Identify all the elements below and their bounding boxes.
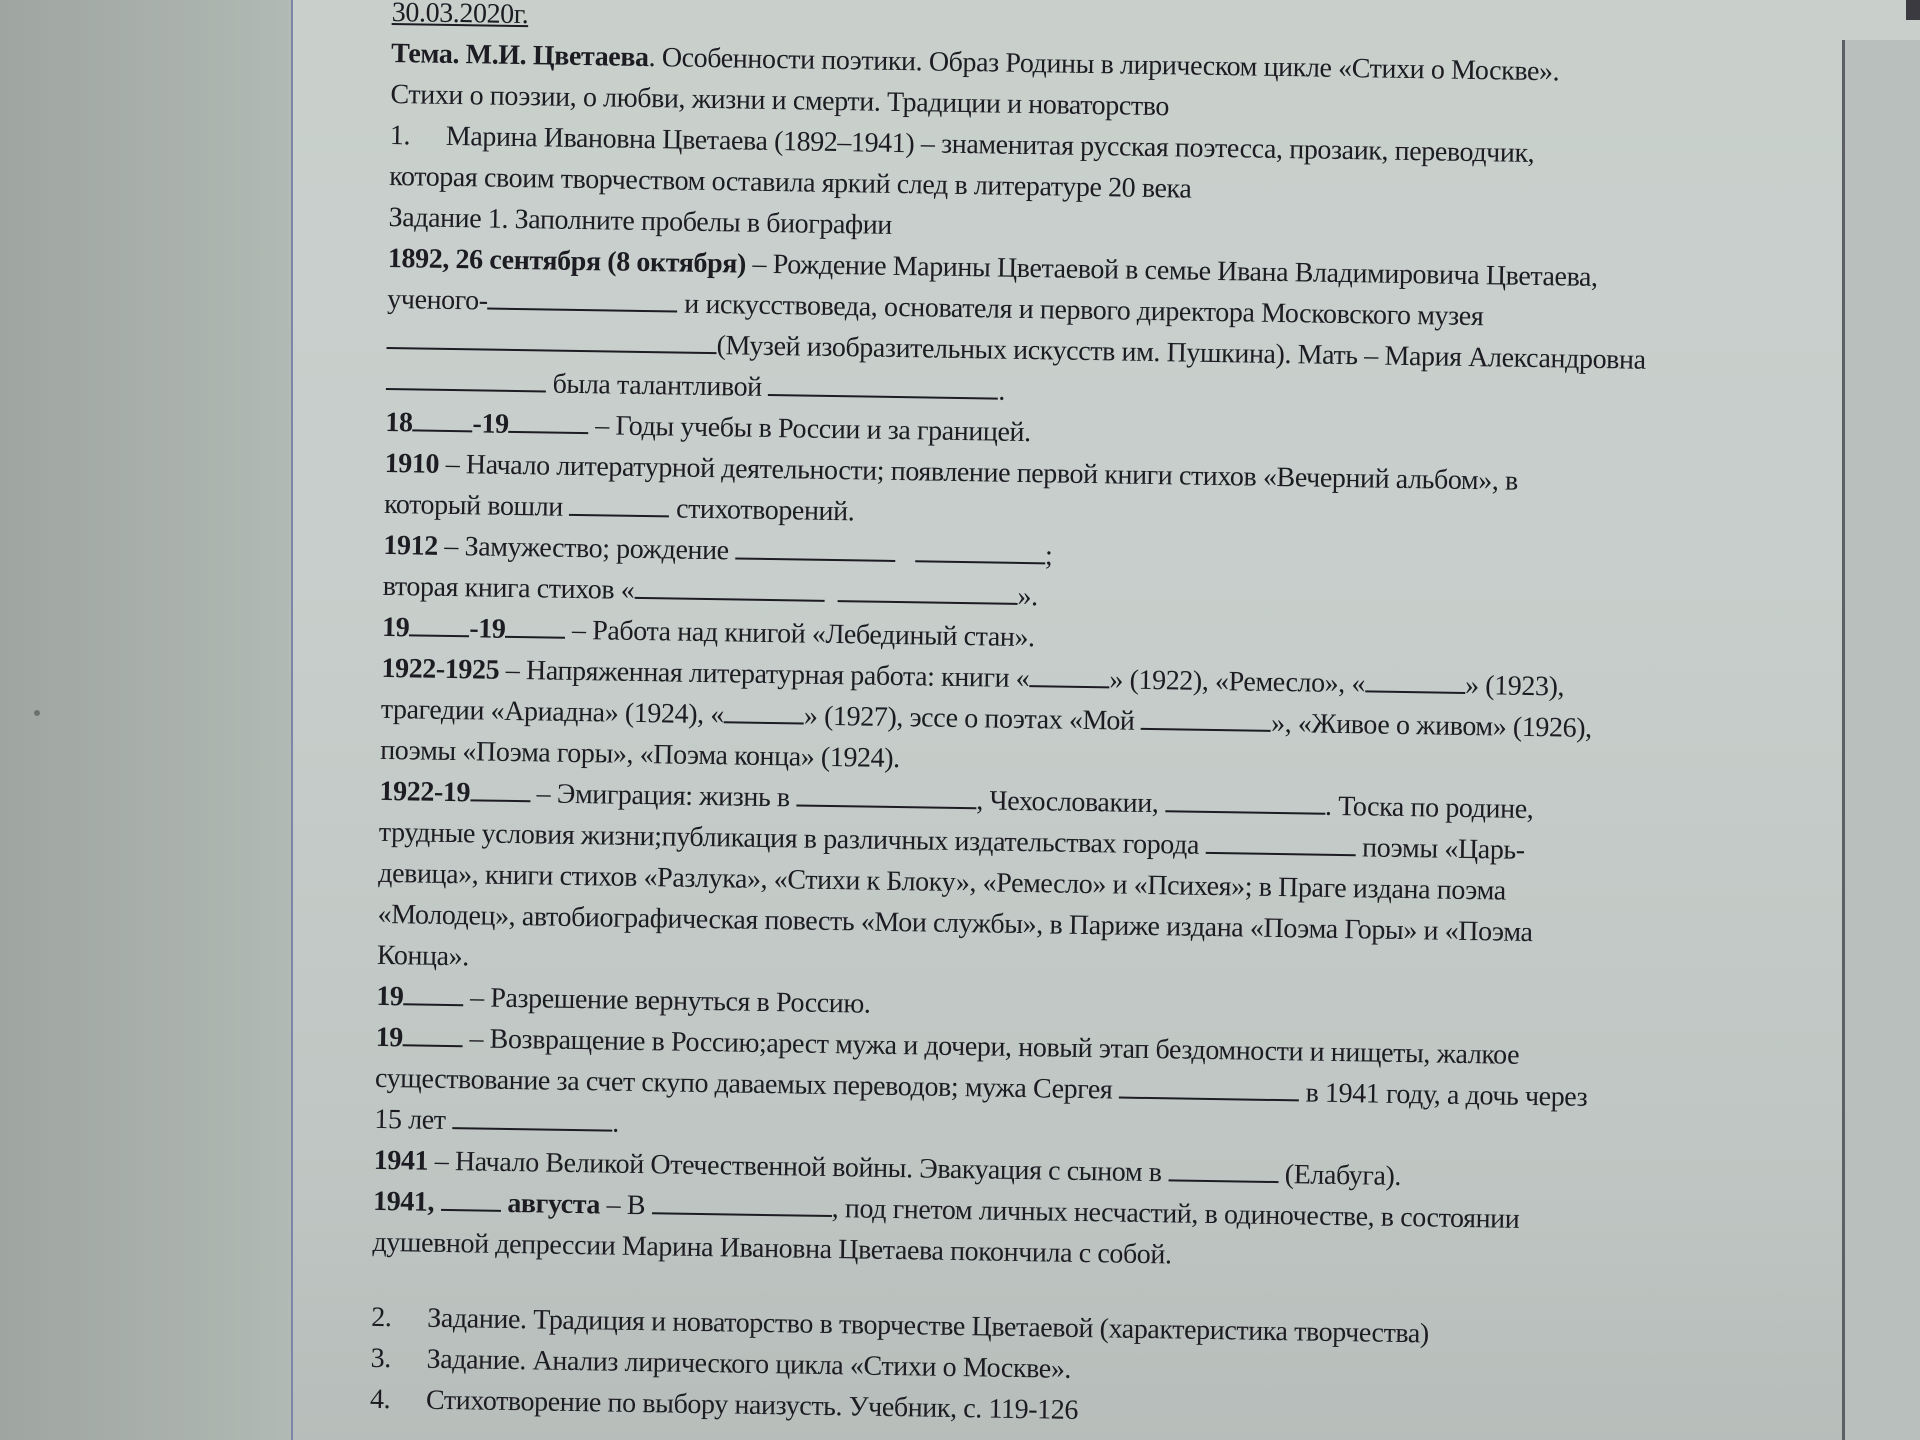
bio-text: » (1923), (1465, 670, 1565, 703)
bio-text: . (998, 376, 1005, 407)
bio-text: поэмы «Царь- (1355, 832, 1525, 866)
bio-date: августа (507, 1188, 600, 1220)
bio-date: 1922-19 (379, 776, 470, 808)
fill-blank[interactable] (1168, 1157, 1278, 1183)
bio-text: ; (1045, 540, 1053, 571)
fill-blank[interactable] (1205, 830, 1355, 856)
bio-text: , Чехословакии, (976, 785, 1165, 819)
bio-text: который вошли (384, 489, 570, 523)
fill-blank[interactable] (735, 535, 895, 562)
bio-text: » (1927), эссе о поэтах «Мой (804, 701, 1142, 737)
fill-blank[interactable] (509, 409, 589, 434)
fill-blank[interactable] (409, 612, 469, 637)
fill-blank[interactable] (634, 575, 824, 602)
fill-blank[interactable] (724, 699, 804, 724)
bio-text: была талантливой (546, 368, 769, 402)
bio-text: в 1941 году, а дочь через (1299, 1077, 1588, 1113)
bio-date: 1922-1925 (381, 653, 499, 686)
fill-blank[interactable] (796, 782, 976, 809)
bio-text: ученого- (387, 284, 488, 317)
fill-blank[interactable] (1365, 668, 1465, 694)
bio-text: – Начало Великой Отечественной войны. Эв… (428, 1146, 1169, 1189)
bio-text: существование за счет скупо даваемых пер… (375, 1063, 1119, 1106)
topic-author: М.И. Цветаева (465, 39, 648, 73)
fill-blank[interactable] (837, 578, 1017, 605)
fill-blank[interactable] (403, 1022, 463, 1047)
window-corner (1906, 0, 1920, 20)
list-number: 1. (390, 115, 447, 157)
fill-blank[interactable] (1165, 788, 1325, 815)
list-number: 4. (370, 1379, 427, 1421)
fill-blank[interactable] (915, 538, 1045, 564)
bio-date: 19 (376, 981, 404, 1012)
fill-blank[interactable] (652, 1190, 832, 1217)
fill-blank[interactable] (441, 1187, 501, 1212)
fill-blank[interactable] (412, 407, 472, 432)
bio-text: (Елабуга). (1278, 1159, 1401, 1192)
fill-blank[interactable] (386, 366, 546, 393)
bio-date: -19 (469, 613, 506, 645)
bio-text: . Тоска по родине, (1325, 791, 1534, 825)
bio-date: 1941, (373, 1186, 434, 1218)
fill-blank[interactable] (505, 614, 565, 639)
fill-blank[interactable] (452, 1105, 612, 1132)
fill-blank[interactable] (1141, 706, 1271, 732)
bio-date: 1910 (384, 448, 439, 480)
fill-blank[interactable] (768, 372, 998, 400)
topic-label: Тема. (391, 38, 459, 70)
bio-text: », «Живое о живом» (1926), (1271, 708, 1592, 744)
bio-text: » (1922), «Ремесло», « (1109, 664, 1365, 699)
bio-text: – В (600, 1189, 652, 1221)
bio-text: – Замужество; рождение (438, 531, 736, 567)
window-edge (1842, 40, 1920, 1440)
bio-text: ». (1017, 581, 1038, 612)
bio-text: – Напряженная литературная работа: книги… (499, 655, 1030, 694)
fill-blank[interactable] (488, 286, 678, 313)
bio-text: 15 лет (374, 1104, 452, 1136)
fill-blank[interactable] (1119, 1075, 1299, 1102)
bio-text: – Работа над книгой «Лебединый стан». (565, 615, 1035, 653)
bio-date: 18 (385, 407, 413, 438)
bio-date: 19 (375, 1022, 403, 1053)
bio-date: 1892, 26 сентября (8 октября) (388, 243, 746, 280)
bio-date: -19 (472, 408, 509, 440)
bio-text: вторая книга стихов « (383, 571, 635, 606)
bio-text: , под гнетом личных несчастий, в одиноче… (831, 1193, 1519, 1235)
document-body: 30.03.2020г. Тема. М.И. Цветаева. Особен… (370, 0, 1812, 1440)
bio-text: – Разрешение вернуться в Россию. (463, 982, 870, 1019)
task-text: Задание. Анализ лирического цикла «Стихи… (426, 1344, 1071, 1385)
list-number: 3. (370, 1338, 427, 1380)
bio-text: трагедии «Ариадна» (1924), « (381, 694, 725, 730)
bio-text: стихотворений. (669, 493, 854, 527)
bio-date: 1941 (374, 1145, 429, 1177)
bio-date: 19 (382, 612, 410, 643)
fill-blank[interactable] (387, 325, 717, 354)
date: 30.03.2020г. (392, 0, 529, 30)
task-text: Стихотворение по выбору наизусть. Учебни… (426, 1385, 1078, 1426)
fill-blank[interactable] (470, 777, 530, 802)
fill-blank[interactable] (1029, 663, 1109, 688)
list-number: 2. (371, 1297, 428, 1339)
fill-blank[interactable] (403, 981, 463, 1006)
bio-text: – Годы учебы в России и за границей. (588, 410, 1031, 448)
bio-text: . (612, 1108, 619, 1139)
fill-blank[interactable] (569, 492, 669, 518)
screen-speck (34, 710, 40, 716)
bio-text: – Эмиграция: жизнь в (530, 778, 797, 813)
bio-date: 1912 (383, 530, 438, 562)
